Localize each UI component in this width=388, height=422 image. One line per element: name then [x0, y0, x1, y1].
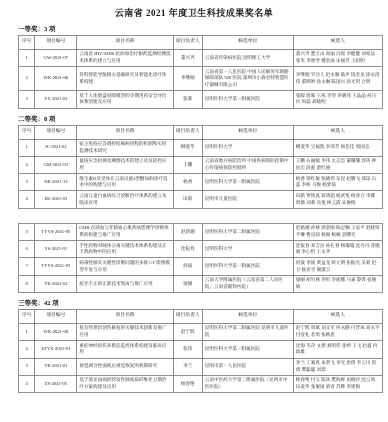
cell-leader: 赵宁辉 [173, 323, 202, 340]
cell-name: 基于滇龙血竭的特发性肺间质纤维化分期治疗方案构建及应用 [77, 375, 173, 392]
cell-name: 云南省 HIV/AIDS 抗病毒治疗耐药监测检测技术体系的建立与应用 [77, 49, 173, 66]
cell-unit: 云南省地方病防治所 中国疾病预防控制中心传染病预防控制所 [202, 156, 293, 173]
cell-unit: 云南中医药大学第三附属医院（昆明市中医医院） [202, 375, 293, 392]
table-header-row: 序号项目编号项目名称项目负责人候选单位候选人 [19, 36, 383, 50]
cell-unit: 昆明市儿童医院 [202, 191, 293, 208]
column-header: 项目名称 [77, 125, 173, 139]
cell-name: 宿主免疫应答调控结核病进程的机制和实时监测技术研究 [77, 139, 173, 156]
table-row: 3YX-2021-02基于人体胎盘屏障模型的孕期用药安全评价体系创建及应用张晖昆… [19, 91, 383, 108]
cell-unit: 云南省传染病医院 昆明理工大学 [202, 49, 293, 66]
cell-leader: 杨春艳 [173, 375, 202, 392]
cell-candidates: 沈报春 邓吉昌 孙孔春 杨璨瑜 沈丹丹 普晓娟 李心怡 王永齐 [293, 241, 382, 258]
cell-unit: 昆明医科大学第一附属医院 [202, 174, 293, 191]
table-row: 2WK-2021-06骨科智能导航相关基础研究及智能化诊疗体系构建李继刚云南省第… [19, 67, 383, 91]
cell-code: YK-2021-01 [35, 358, 77, 375]
table-row: 8YK-2021-02屈光不正矫正新技术集成与推广应用梁刚云南大学附属医院（云南… [19, 275, 383, 292]
cell-name: 鼠疫应急检测及溯源技术的建立及及防控应用 [77, 156, 173, 173]
cell-no: 4 [19, 375, 35, 392]
cell-candidates: 赵宁辉 周斌 刘文军 何永静 付晋凤 高永平 付登礼 者勇 张映恩 [293, 323, 382, 340]
cell-leader: 董兴齐 [173, 49, 202, 66]
cell-code: NK-2021-13 [35, 174, 77, 191]
cell-unit: 云南大学附属医院（云南省第二人民医院、云南省眼科医院） [202, 275, 293, 292]
cell-code: EK-2021-03 [35, 191, 77, 208]
cell-unit: 昆明医科大学第二附属医院 昆明市儿童医院 [202, 323, 293, 340]
cell-no: 5 [19, 223, 35, 240]
cell-no: 3 [19, 358, 35, 375]
cell-name: 维生素D及受体在云南汉族2型糖尿病诊疗技术中的构建与应用 [77, 174, 173, 191]
cell-name: 屈光不正矫正新技术集成与推广应用 [77, 275, 173, 292]
cell-code: GM-2021-03 [35, 156, 77, 173]
cell-code: TYYS-2021-05 [35, 223, 77, 240]
column-header: 项目名称 [77, 310, 173, 324]
cell-name: 重症神经损伤多模态监控体系构建及临床应用 [77, 341, 173, 358]
award-table: 序号项目编号项目名称项目负责人候选单位候选人1WK-2021-08复杂性难治创伤… [18, 309, 383, 393]
cell-unit: 昆明医科大学第二附属医院 [202, 223, 293, 240]
column-header: 候选人 [293, 36, 382, 50]
document-page: 云南省 2021 年度卫生科技成果奖名单 一等奖：3 项序号项目编号项目名称项目… [0, 0, 388, 422]
table-row: 6YS-2021-01手性药物对映体分离关键技术体系构建及在天然药物中的应用沈报… [19, 241, 383, 258]
table-row: 3YK-2021-01视觉剥夺性弱视后视觉恢复的机制研究李兰昆明市第一人民医院李… [19, 358, 383, 375]
table-header-row: 序号项目编号项目名称项目负责人候选单位候选人 [19, 125, 383, 139]
cell-leader: 张玮 [173, 341, 202, 358]
cell-name: 视觉剥夺性弱视后视觉恢复的机制研究 [77, 358, 173, 375]
column-header: 项目负责人 [173, 310, 202, 324]
cell-code: YX-2021-02 [35, 91, 77, 108]
cell-name: CMR 在缺血与非缺血心肌疾病影像学诊断体系的构建与推广应用 [77, 223, 173, 240]
cell-candidates: 董兴齐 楚万山 高丽 冯悦 李健健 刘家法 张米 李惠琴 楼金成 宋丽芳 王绍明 [293, 49, 382, 66]
cell-leader: 沈报春 [173, 241, 202, 258]
cell-candidates: 杨香 梁红敏 张晓伟 东昆 赵腾飞 郑琼 石蕊 李妍 马俊 杨梦茹 [293, 174, 382, 191]
cell-leader: 张晖 [173, 91, 202, 108]
cell-leader: 梁刚 [173, 275, 202, 292]
cell-unit: 昆明医科大学 [202, 139, 293, 156]
column-header: 序号 [19, 310, 35, 324]
column-header: 候选单位 [202, 310, 293, 324]
page-title: 云南省 2021 年度卫生科技成果奖名单 [0, 0, 388, 19]
cell-no: 1 [19, 49, 35, 66]
cell-code: TYYS-2021-03 [35, 258, 77, 275]
cell-unit: 昆明市第一人民医院 [202, 358, 293, 375]
column-header: 候选人 [293, 125, 382, 139]
cell-leader: 何波 [173, 258, 202, 275]
table-row: 7TYYS-2021-03病毒性肺炎关键性诊断问题的多排 CT 影像模型开发与应… [19, 258, 383, 275]
cell-code: GW-2021-07 [35, 49, 77, 66]
column-header: 项目名称 [77, 36, 173, 50]
cell-name: 基于人体胎盘屏障模型的孕期用药安全评价体系创建及应用 [77, 91, 173, 108]
cell-no: 1 [19, 139, 35, 156]
table-row: 1GW-2021-07云南省 HIV/AIDS 抗病毒治疗耐药监测检测技术体系的… [19, 49, 383, 66]
cell-candidates: 李继刚 罗达人 赵永顺 陆声 钱金龙 徐永清 伟 董晔婷 孙永琳 陈国兴 孙光剑… [293, 67, 382, 91]
cell-leader: 王鹏 [173, 156, 202, 173]
cell-no: 7 [19, 258, 35, 275]
table-row: 2ZZYX-2021-01重症神经损伤多模态监控体系构建及临床应用张玮昆明医科大… [19, 341, 383, 358]
cell-name: 骨科智能导航相关基础研究及智能化诊疗体系构建 [77, 67, 173, 91]
cell-leader: 田新 [173, 191, 202, 208]
table-row: 4EK-2021-03云南儿童白血病综合诊断治疗体系的建立及临床应用田新昆明市儿… [19, 191, 383, 208]
cell-candidates: 田新 贾铁真 蒋鸿超 杨武悦 杨春合 李娜 周薇 刘莉 冯悦 林云霞 宋俊梅 [293, 191, 382, 208]
award-table: 序号项目编号项目名称项目负责人候选单位候选人1JC-2021-02宿主免疫应答调… [18, 125, 383, 209]
column-header: 候选单位 [202, 125, 293, 139]
cell-name: 病毒性肺炎关键性诊断问题的多排 CT 影像模型开发与应用 [77, 258, 173, 275]
award-table: 序号项目编号项目名称项目负责人候选单位候选人1GW-2021-07云南省 HIV… [18, 35, 383, 109]
cell-unit: 昆明医科大学第一附属医院 [202, 91, 293, 108]
cell-name: 手性药物对映体分离关键技术体系构建及在天然药物中的应用 [77, 241, 173, 258]
cell-leader: 李继刚 [173, 67, 202, 91]
table-row: 1WK-2021-08复杂性难治创伤修复的关键技术创新及推广应用赵宁辉昆明医科大… [19, 323, 383, 340]
cell-candidates: 赵新湘 孙林 郭金刚 陈足楠 王家平 赵晓荣 平琳 曹良琼 杨俊 杨楠 袁曙光 [293, 223, 382, 240]
cell-unit: 云南省第一人民医院 中国人民解放军联勤保障部队 920 医院 深圳市小森君特智慧… [202, 67, 293, 91]
table-row: 1JC-2021-02宿主免疫应答调控结核病进程的机制和实时监测技术研究柳爱华昆… [19, 139, 383, 156]
section-label: 三等奖：42 项 [18, 298, 388, 307]
cell-leader: 杨香 [173, 174, 202, 191]
cell-no: 2 [19, 156, 35, 173]
column-header: 项目负责人 [173, 125, 202, 139]
cell-candidates: 张晖 唐晖 王茜 李琴 李晓伟 王晶晶 何巧玲 尚磊 胡晓明 [293, 91, 382, 108]
cell-no: 2 [19, 67, 35, 91]
section-label: 二等奖：8 项 [18, 114, 388, 123]
cell-candidates: 何波 李浚 黄益龙 蒋元明 张振光 吴莉 赵卫 杨亚雪 谢潇云 [293, 258, 382, 275]
cell-no: 4 [19, 191, 35, 208]
table-row: 5TYYS-2021-05CMR 在缺血与非缺血心肌疾病影像学诊断体系的构建与推… [19, 223, 383, 240]
cell-code: ZZYX-2021-01 [35, 341, 77, 358]
cell-unit: 昆明医科大学 [202, 241, 293, 258]
cell-candidates: 柳爱华 宝福凯 李沛芳 杨佳佳 周国志 [293, 139, 382, 156]
cell-candidates: 梁刚 胡竹林 李恒 李妮娜 马嘉 黎铧 张娅 娟 [293, 275, 382, 292]
table-row: 2GM-2021-03鼠疫应急检测及溯源技术的建立及及防控应用王鹏云南省地方病防… [19, 156, 383, 173]
cell-code: WK-2021-06 [35, 67, 77, 91]
cell-no: 2 [19, 341, 35, 358]
cell-code: YK-2021-02 [35, 275, 77, 292]
cell-code: JC-2021-02 [35, 139, 77, 156]
cell-candidates: 杨春艳 付义 陈冰 樊海鲜 由晓玲 沈云凤 伍爱华 张俊国 刘青 苏晔 李建梅 [293, 375, 382, 392]
cell-unit: 昆明医科大学第一附属医院 [202, 258, 293, 275]
column-header: 序号 [19, 125, 35, 139]
cell-name: 复杂性难治创伤修复的关键技术创新及推广应用 [77, 323, 173, 340]
column-header: 项目编号 [35, 310, 77, 324]
cell-leader: 李兰 [173, 358, 202, 375]
section-label: 一等奖：3 项 [18, 24, 388, 33]
table-row: 3NK-2021-13维生素D及受体在云南汉族2型糖尿病诊疗技术中的构建与应用杨… [19, 174, 383, 191]
cell-name: 云南儿童白血病综合诊断治疗体系的建立及临床应用 [77, 191, 173, 208]
cell-candidates: 李兰 丁素真 朱贤飞 李光 唐倩 李云川 崔倩 樊聪聪 刘梨 [293, 358, 382, 375]
table-row: 4ZY-2021-05基于滇龙血竭的特发性肺间质纤维化分期治疗方案构建及应用杨春… [19, 375, 383, 392]
sections-container: 一等奖：3 项序号项目编号项目名称项目负责人候选单位候选人1GW-2021-07… [0, 24, 388, 393]
cell-leader: 赵新湘 [173, 223, 202, 240]
column-header: 序号 [19, 36, 35, 50]
cell-leader: 柳爱华 [173, 139, 202, 156]
cell-candidates: 王鹏 石丽媛 李伟 太志忠 董珊珊 郭英 钟佑宏 段彪 湛红丽 [293, 156, 382, 173]
cell-code: YS-2021-01 [35, 241, 77, 258]
award-table: 5TYYS-2021-05CMR 在缺血与非缺血心肌疾病影像学诊断体系的构建与推… [18, 223, 383, 293]
column-header: 候选单位 [202, 36, 293, 50]
cell-code: WK-2021-08 [35, 323, 77, 340]
cell-no: 1 [19, 323, 35, 340]
cell-no: 8 [19, 275, 35, 292]
column-header: 项目编号 [35, 125, 77, 139]
cell-unit: 昆明医科大学第一附属医院 [202, 341, 293, 358]
cell-no: 3 [19, 174, 35, 191]
column-header: 项目编号 [35, 36, 77, 50]
cell-no: 6 [19, 241, 35, 258]
cell-code: ZY-2021-05 [35, 375, 77, 392]
table-header-row: 序号项目编号项目名称项目负责人候选单位候选人 [19, 310, 383, 324]
cell-no: 3 [19, 91, 35, 108]
cell-candidates: 沈海 韦存 文倩 刘明伟 张婷 王飞 赵鑫 冉政雄 [293, 341, 382, 358]
column-header: 候选人 [293, 310, 382, 324]
column-header: 项目负责人 [173, 36, 202, 50]
